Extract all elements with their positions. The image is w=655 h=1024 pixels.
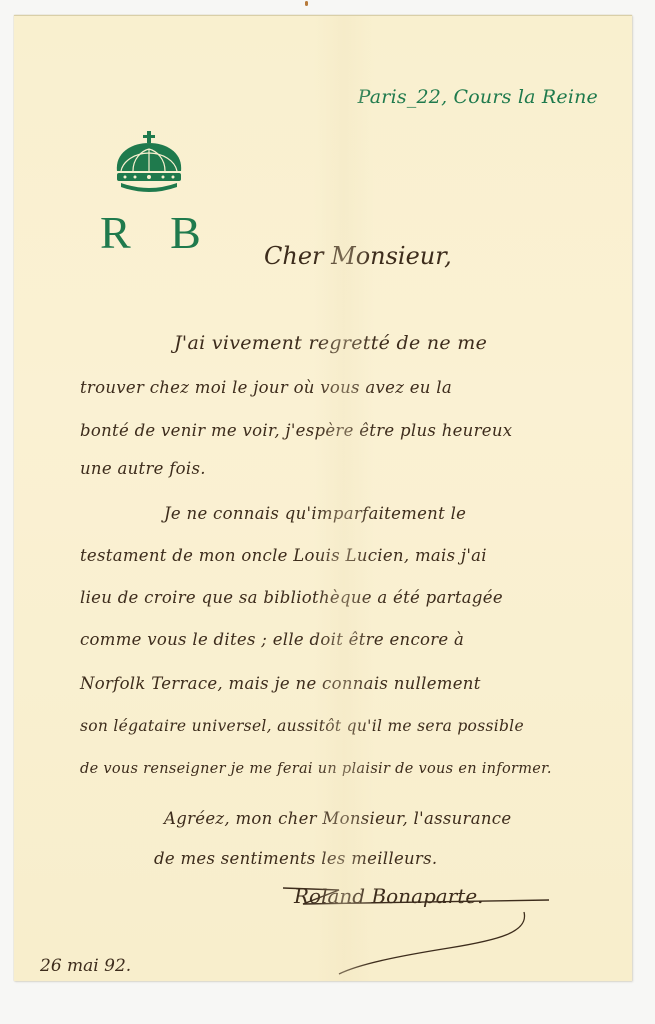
letter-line: J'ai vivement regretté de ne me bbox=[174, 332, 487, 354]
letter-line: testament de mon oncle Louis Lucien, mai… bbox=[80, 546, 487, 565]
letter-line: Norfolk Terrace, mais je ne connais null… bbox=[80, 674, 481, 693]
letter-line: bonté de venir me voir, j'espère être pl… bbox=[80, 421, 512, 440]
letter-line: lieu de croire que sa bibliothèque a été… bbox=[80, 588, 503, 607]
paper-speck bbox=[305, 1, 308, 6]
letter-line: Je ne connais qu'imparfaitement le bbox=[164, 504, 466, 523]
letter-line: comme vous le dites ; elle doit être enc… bbox=[80, 630, 464, 649]
letter-paper: Paris_22, Cours la Reine R B Cher Monsie… bbox=[14, 15, 632, 981]
signature: Roland Bonaparte. bbox=[294, 884, 484, 908]
letter-line: trouver chez moi le jour où vous avez eu… bbox=[80, 378, 452, 397]
letter-line: de mes sentiments les meilleurs. bbox=[154, 849, 437, 868]
letter-line: Agréez, mon cher Monsieur, l'assurance bbox=[164, 809, 511, 828]
letterhead-monogram: R B bbox=[100, 206, 215, 259]
salutation: Cher Monsieur, bbox=[264, 242, 452, 270]
letter-line: de vous renseigner je me ferai un plaisi… bbox=[80, 761, 552, 777]
letter-line: une autre fois. bbox=[80, 459, 206, 478]
letter-date: 26 mai 92. bbox=[40, 956, 131, 976]
letterhead-address: Paris_22, Cours la Reine bbox=[358, 86, 598, 108]
imperial-crown-icon bbox=[111, 131, 187, 195]
letter-line: son légataire universel, aussitôt qu'il … bbox=[80, 717, 524, 735]
